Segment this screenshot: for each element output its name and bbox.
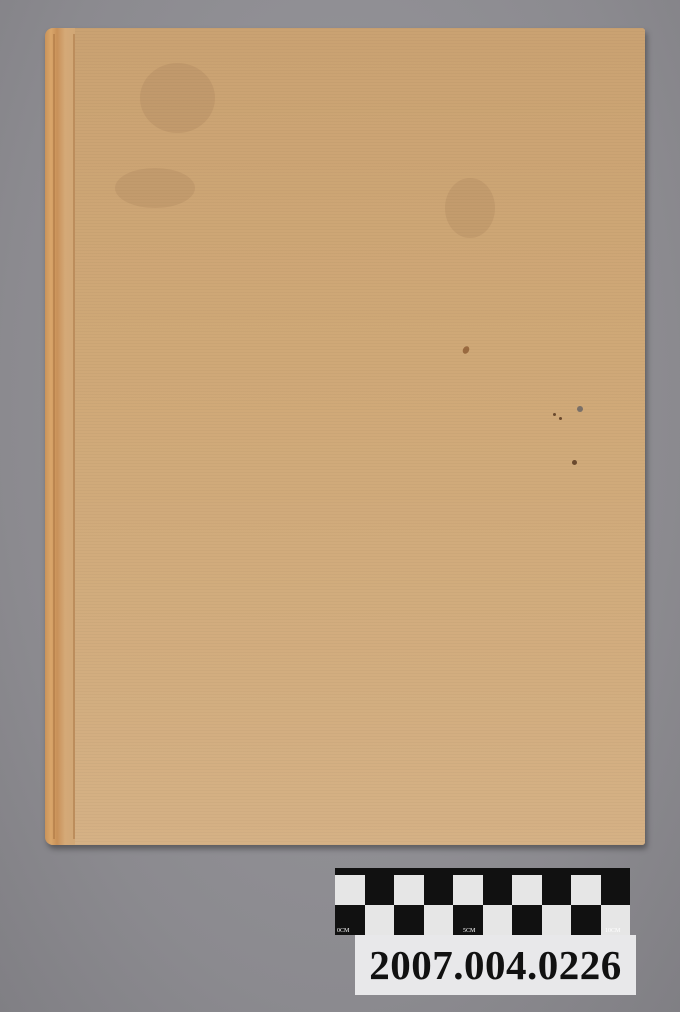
scale-label: 10CM <box>605 928 620 934</box>
scale-label: 5CM <box>463 928 475 934</box>
spot <box>461 345 470 355</box>
spot <box>572 460 577 465</box>
scale-cell <box>483 905 513 935</box>
scale-cell <box>394 905 424 935</box>
scale-cell <box>601 875 631 905</box>
scale-cell <box>424 905 454 935</box>
spot <box>553 413 556 416</box>
scale-cell <box>453 875 483 905</box>
stain <box>445 178 495 238</box>
scale-cell <box>571 905 601 935</box>
scale-cell <box>335 875 365 905</box>
scale-cell <box>365 875 395 905</box>
scale-cell <box>571 875 601 905</box>
scale-cell <box>365 905 395 935</box>
cloth-cover <box>75 28 645 845</box>
spine-edge <box>53 34 55 839</box>
book-cover <box>45 28 645 845</box>
scale-cell <box>542 875 572 905</box>
scale-cell <box>483 875 513 905</box>
scale-cell <box>512 905 542 935</box>
scale-cell <box>542 905 572 935</box>
accession-number-label: 2007.004.0226 <box>355 935 636 995</box>
stain <box>115 168 195 208</box>
stain <box>140 63 215 133</box>
scale-bar: 0CM5CM10CM <box>335 868 630 935</box>
scale-label: 0CM <box>337 928 349 934</box>
scale-cell <box>512 875 542 905</box>
spot <box>577 406 583 412</box>
scale-cell <box>394 875 424 905</box>
spot <box>559 417 562 420</box>
scale-cell <box>424 875 454 905</box>
